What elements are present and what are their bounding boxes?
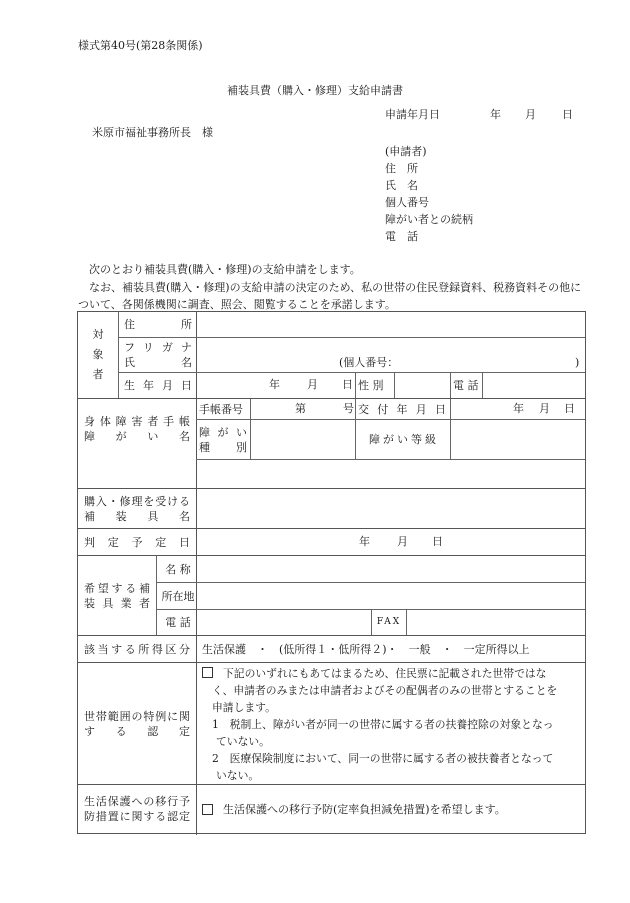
welfare-label-1: 生活保護への移行予 xyxy=(84,794,190,809)
judgment-date-label: 判定予定日 xyxy=(84,535,190,550)
intro-text: 次のとおり補装具費(購入・修理)の支給申請をします。 なお、補装具費(購入・修理… xyxy=(78,261,588,314)
intro-line-2: なお、補装具費(購入・修理)の支給申請の決定のため、私の世帯の住民登録資料、税務… xyxy=(78,279,588,314)
disability-type-label-2: 種別 xyxy=(199,440,247,455)
applicant-personal-number-label[interactable]: 個人番号 xyxy=(385,194,473,211)
sex-label: 性 別 xyxy=(358,373,394,398)
form-number: 様式第40号(第28条関係) xyxy=(78,39,203,53)
application-table: 対 象 者 住所 フリガナ 氏名 (個人番号： ) 生年月日 年 月 日 性 別… xyxy=(77,311,586,834)
household-label-2: する認定 xyxy=(84,724,190,739)
vendor-phone-field[interactable] xyxy=(197,610,371,635)
notebook-number-label: 手帳番号 xyxy=(199,399,249,419)
issue-date-label: 交付年月日 xyxy=(358,402,446,417)
vendor-fax-label: FAX xyxy=(372,610,406,635)
applicant-block: (申請者) 住 所 氏 名 個人番号 障がい者との続柄 電 話 xyxy=(385,143,473,245)
personal-number-close: ) xyxy=(575,356,579,370)
subject-phone-label: 電 話 xyxy=(453,373,483,398)
application-date-label: 申請年月日 xyxy=(385,108,440,122)
disability-grade-field[interactable] xyxy=(451,420,585,459)
applicant-phone-label[interactable]: 電 話 xyxy=(385,228,473,245)
judgment-date-field[interactable]: 年 月 日 xyxy=(197,529,585,555)
household-checkbox[interactable] xyxy=(202,667,213,678)
device-name-field[interactable] xyxy=(197,489,585,528)
application-date-month[interactable]: 月 xyxy=(525,108,536,122)
addressee: 米原市福祉事務所長 様 xyxy=(92,126,213,140)
furigana-label: フリガナ xyxy=(124,340,192,355)
sex-field[interactable] xyxy=(395,373,450,398)
notebook-number-field[interactable]: 第 号 xyxy=(251,399,355,419)
disability-type-label-1: 障がい xyxy=(199,425,247,440)
application-date-year[interactable]: 年 xyxy=(490,108,501,122)
personal-number-label: (個人番号： xyxy=(339,356,398,370)
application-date-day[interactable]: 日 xyxy=(562,108,573,122)
subject-name-label: 氏名 xyxy=(124,355,192,370)
welfare-option: 生活保護への移行予防(定率負担減免措置)を希望します。 xyxy=(202,785,582,833)
applicant-relationship-label[interactable]: 障がい者との続柄 xyxy=(385,211,473,228)
disability-name-label: 障がい名 xyxy=(84,429,190,444)
disability-grade-label: 障がい等級 xyxy=(361,420,447,459)
birthdate-field[interactable]: 年 月 日 xyxy=(197,373,355,398)
applicant-address-label[interactable]: 住 所 xyxy=(385,160,473,177)
device-label-1: 購入・修理を受ける xyxy=(84,494,190,509)
vendor-label-2: 装具業者 xyxy=(84,596,150,611)
subject-phone-field[interactable] xyxy=(483,373,585,398)
vendor-label-1: 希望する補 xyxy=(84,581,150,596)
income-label: 該当する所得区分 xyxy=(84,642,190,657)
disability-type-field[interactable] xyxy=(251,420,355,459)
disability-name-field[interactable] xyxy=(197,460,585,488)
vendor-phone-label: 電 話 xyxy=(162,610,194,635)
subject-group-label: 対 象 者 xyxy=(78,312,118,398)
form-title: 補装具費（購入・修理）支給申請書 xyxy=(0,84,630,98)
income-options[interactable]: 生活保護 ・ (低所得１・低所得２)・ 一般 ・ 一定所得以上 xyxy=(202,636,582,662)
issue-date-field[interactable]: 年 月 日 xyxy=(451,399,585,419)
vendor-location-field[interactable] xyxy=(197,583,585,609)
subject-name-field[interactable]: (個人番号： ) xyxy=(197,338,585,372)
vendor-fax-field[interactable] xyxy=(407,610,585,635)
welfare-label-2: 防措置に関する認定 xyxy=(84,809,190,824)
subject-address-label: 住所 xyxy=(124,312,192,337)
device-label-2: 補装具名 xyxy=(84,509,190,524)
applicant-name-label[interactable]: 氏 名 xyxy=(385,177,473,194)
welfare-checkbox[interactable] xyxy=(202,804,213,815)
birthdate-label: 生年月日 xyxy=(124,378,192,393)
household-text: 下記のいずれにもあてはまるため、住民票に記載された世帯ではな く、申請者のみまた… xyxy=(202,665,557,784)
vendor-name-field[interactable] xyxy=(197,556,585,582)
vendor-name-label: 名 称 xyxy=(162,556,194,582)
applicant-heading: (申請者) xyxy=(385,143,473,160)
subject-address-field[interactable] xyxy=(197,312,585,337)
household-label-1: 世帯範囲の特例に関 xyxy=(84,709,190,724)
intro-line-1: 次のとおり補装具費(購入・修理)の支給申請をします。 xyxy=(78,261,588,279)
vendor-location-label: 所在地 xyxy=(160,583,196,609)
certificate-label: 身体障害者手帳 xyxy=(84,414,190,429)
